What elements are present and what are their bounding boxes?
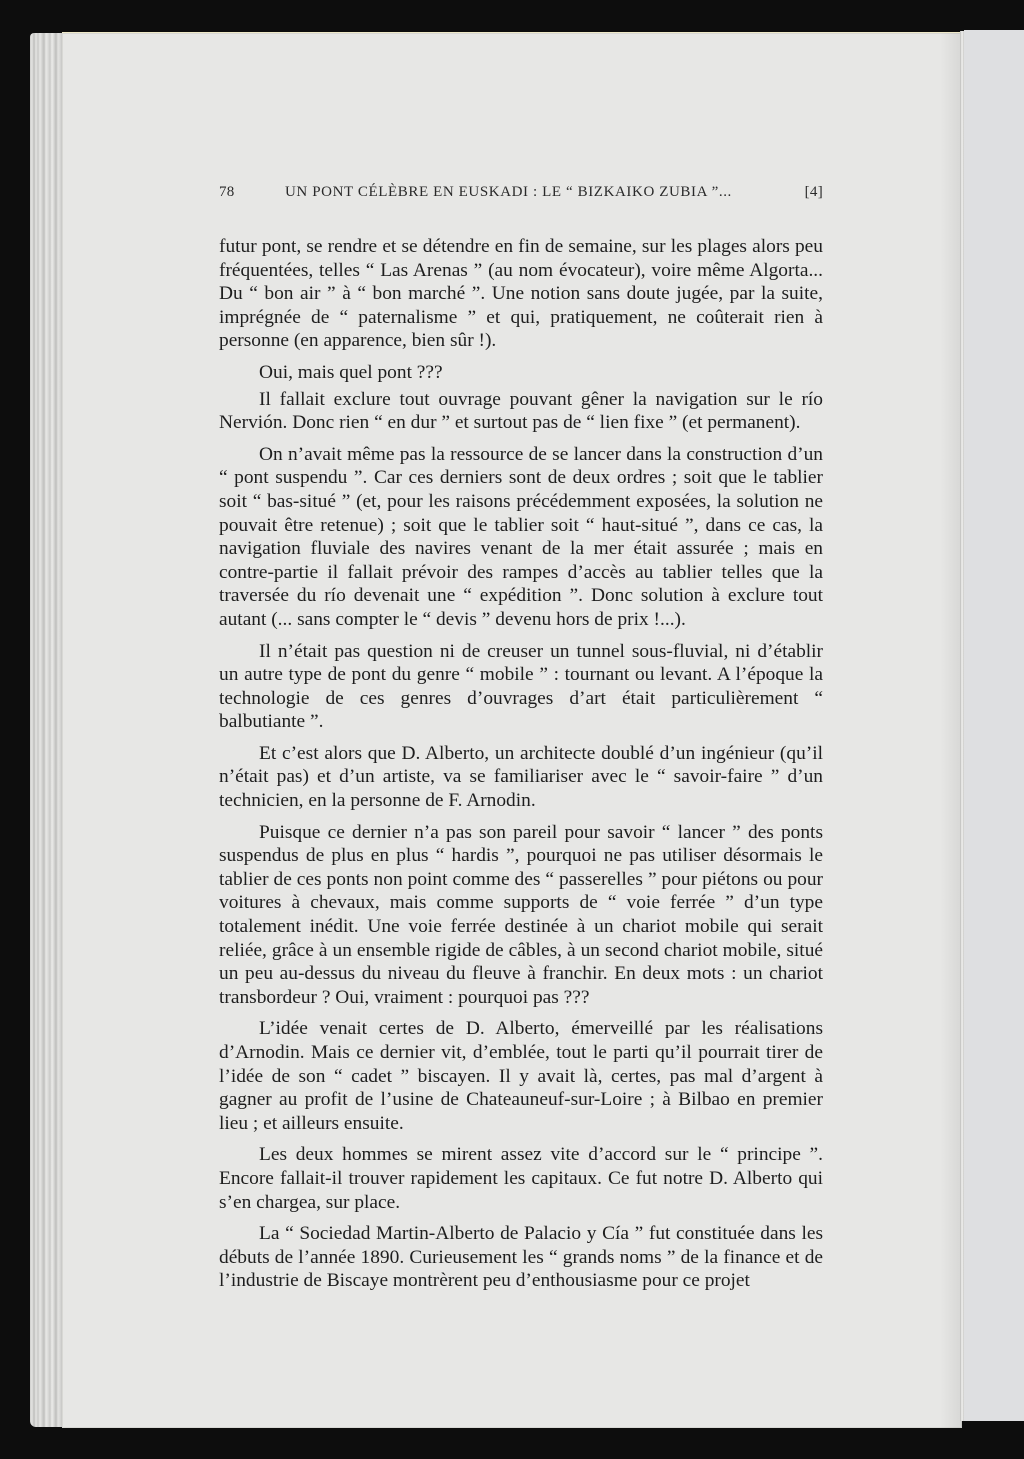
paragraph: L’idée venait certes de D. Alberto, émer… (219, 1017, 823, 1135)
paragraph: Oui, mais quel pont ??? (219, 361, 823, 385)
paragraph: Il n’était pas question ni de creuser un… (219, 640, 823, 734)
paragraph: Et c’est alors que D. Alberto, un archit… (219, 742, 823, 813)
paragraph: Puisque ce dernier n’a pas son pareil po… (219, 821, 823, 1010)
paragraph: La “ Sociedad Martin-Alberto de Palacio … (219, 1222, 823, 1293)
running-head-title: UN PONT CÉLÈBRE EN EUSKADI : LE “ BIZKAI… (285, 184, 732, 201)
body-text: futur pont, se rendre et se détendre en … (219, 235, 823, 1301)
paragraph: On n’avait même pas la ressource de se l… (219, 443, 823, 632)
section-marker: [4] (805, 184, 823, 201)
page-number: 78 (219, 184, 235, 201)
paragraph: Les deux hommes se mirent assez vite d’a… (219, 1143, 823, 1214)
facing-page-edge (964, 30, 1024, 1421)
paragraph: Il fallait exclure tout ouvrage pouvant … (219, 388, 823, 435)
running-head: 78 UN PONT CÉLÈBRE EN EUSKADI : LE “ BIZ… (219, 184, 823, 206)
page-stack-edges (30, 33, 66, 1427)
paragraph-continuation: futur pont, se rendre et se détendre en … (219, 235, 823, 353)
